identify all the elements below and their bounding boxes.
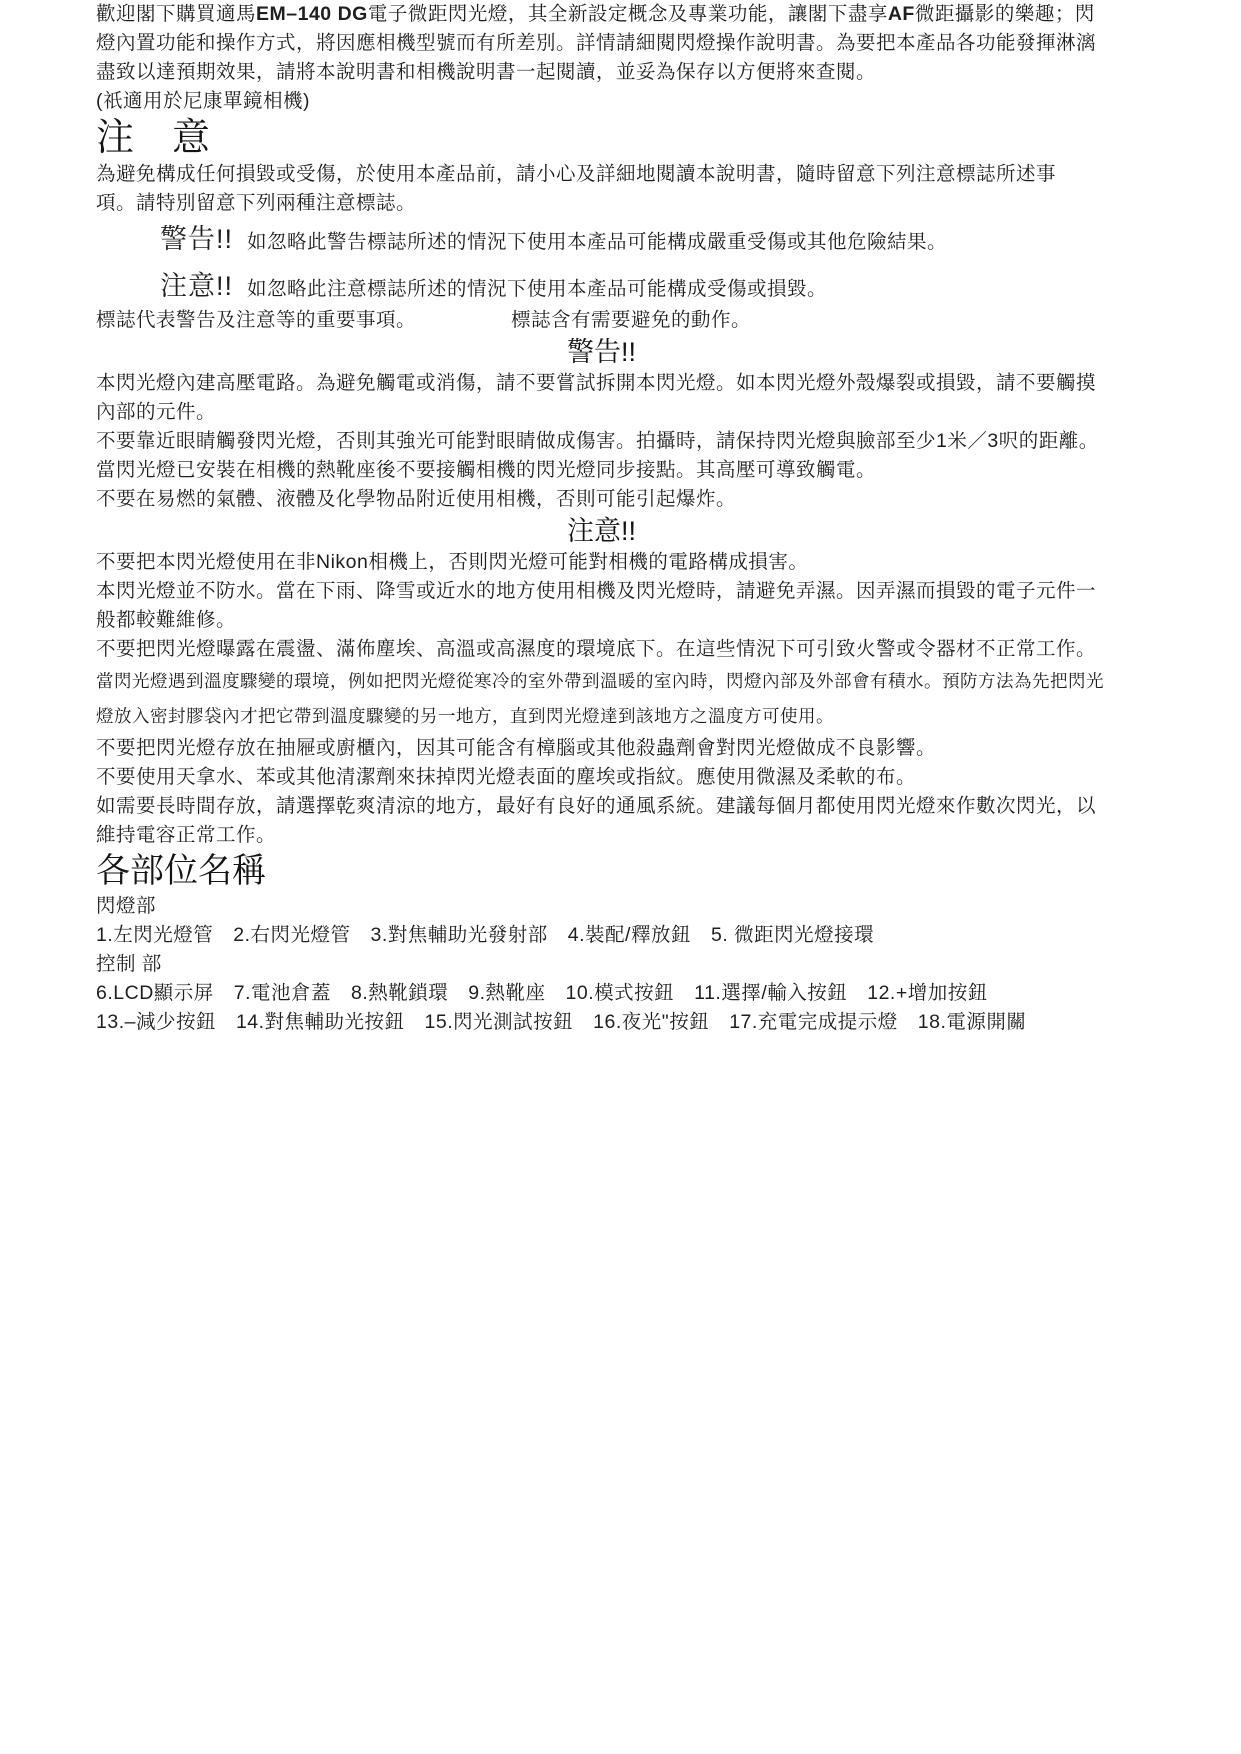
warning-paragraph-3: 當閃光燈已安裝在相機的熱靴座後不要接觸相機的閃光燈同步接點。其高壓可導致觸電。 (96, 456, 1107, 485)
warning-paragraph-1: 本閃光燈內建高壓電路。為避免觸電或消傷，請不要嘗試拆開本閃光燈。如本閃光燈外殼爆… (96, 369, 1107, 427)
symbols-note-1: 標誌代表警告及注意等的重要事項。 (96, 309, 416, 331)
warning-definition-row: 警告!! 如忽略此警告標誌所述的情況下使用本產品可能構成嚴重受傷或其他危險結果。 (160, 222, 1107, 259)
flash-unit-parts-list: 1.左閃光燈管 2.右閃光燈管 3.對焦輔助光發射部 4.裝配/釋放鈕 5. 微… (96, 921, 1107, 950)
warning-section-heading: 警告!! (96, 335, 1107, 369)
caution-section-heading: 注意!! (96, 514, 1107, 548)
attention-lead-paragraph: 為避免構成任何損毀或受傷，於使用本產品前，請小心及詳細地閱讀本說明書，隨時留意下… (96, 160, 1066, 218)
caution-definition-row: 注意!! 如忽略此注意標誌所述的情況下使用本產品可能構成受傷或損毀。 (160, 269, 1107, 306)
flash-unit-label: 閃燈部 (96, 892, 1107, 921)
warning-label-text: 如忽略此警告標誌所述的情況下使用本產品可能構成嚴重受傷或其他危險結果。 (247, 225, 947, 259)
warning-paragraph-2: 不要靠近眼睛觸發閃光燈，否則其強光可能對眼睛做成傷害。拍攝時，請保持閃光燈與臉部… (96, 427, 1107, 456)
caution-paragraph-6: 不要使用天拿水、苯或其他清潔劑來抹掉閃光燈表面的塵埃或指紋。應使用微濕及柔軟的布… (96, 763, 1107, 792)
caution-paragraph-4: 當閃光燈遇到溫度驟變的環境，例如把閃光燈從寒冷的室外帶到溫暖的室內時，閃燈內部及… (96, 664, 1107, 734)
parts-section-heading: 各部位名稱 (96, 850, 1107, 892)
caution-label: 注意!! (160, 269, 233, 303)
model-name: EM–140 DG (256, 3, 368, 25)
control-unit-label: 控制 部 (96, 950, 1107, 979)
manual-page: 歡迎閣下購買適馬EM–140 DG電子微距閃光燈，其全新設定概念及專業功能，讓閣… (0, 0, 1241, 1754)
symbols-note-2: 標誌含有需要避免的動作。 (511, 309, 751, 331)
warning-paragraph-4: 不要在易燃的氣體、液體及化學物品附近使用相機，否則可能引起爆炸。 (96, 485, 1107, 514)
control-unit-parts-list-1: 6.LCD顯示屏 7.電池倉蓋 8.熱靴鎖環 9.熱靴座 10.模式按鈕 11.… (96, 979, 1107, 1008)
symbols-note-row: 標誌代表警告及注意等的重要事項。標誌含有需要避免的動作。 (96, 306, 1107, 335)
caution-label-text: 如忽略此注意標誌所述的情況下使用本產品可能構成受傷或損毀。 (247, 272, 827, 306)
af-text: AF (888, 3, 915, 25)
caution-paragraph-7: 如需要長時間存放，請選擇乾爽清涼的地方，最好有良好的通風系統。建議每個月都使用閃… (96, 792, 1107, 850)
intro-text-pre: 歡迎閣下購買適馬 (96, 3, 256, 25)
attention-title: 注 意 (96, 116, 1107, 160)
intro-paragraph: 歡迎閣下購買適馬EM–140 DG電子微距閃光燈，其全新設定概念及專業功能，讓閣… (96, 0, 1107, 87)
warning-label: 警告!! (160, 222, 233, 256)
control-unit-parts-list-2: 13.–減少按鈕 14.對焦輔助光按鈕 15.閃光測試按鈕 16.夜光"按鈕 1… (96, 1008, 1107, 1037)
caution-paragraph-3: 不要把閃光燈曝露在震盪、滿佈塵埃、高溫或高濕度的環境底下。在這些情況下可引致火警… (96, 635, 1107, 664)
caution-paragraph-1: 不要把本閃光燈使用在非Nikon相機上，否則閃光燈可能對相機的電路構成損害。 (96, 548, 1107, 577)
caution-paragraph-2: 本閃光燈並不防水。當在下雨、降雪或近水的地方使用相機及閃光燈時，請避免弄濕。因弄… (96, 577, 1107, 635)
intro-text-mid: 電子微距閃光燈，其全新設定概念及專業功能，讓閣下盡享 (368, 3, 888, 25)
caution-paragraph-5: 不要把閃光燈存放在抽屜或廚櫃內，因其可能含有樟腦或其他殺蟲劑會對閃光燈做成不良影… (96, 734, 1107, 763)
nikon-only-note: (祇適用於尼康單鏡相機) (96, 87, 1107, 116)
